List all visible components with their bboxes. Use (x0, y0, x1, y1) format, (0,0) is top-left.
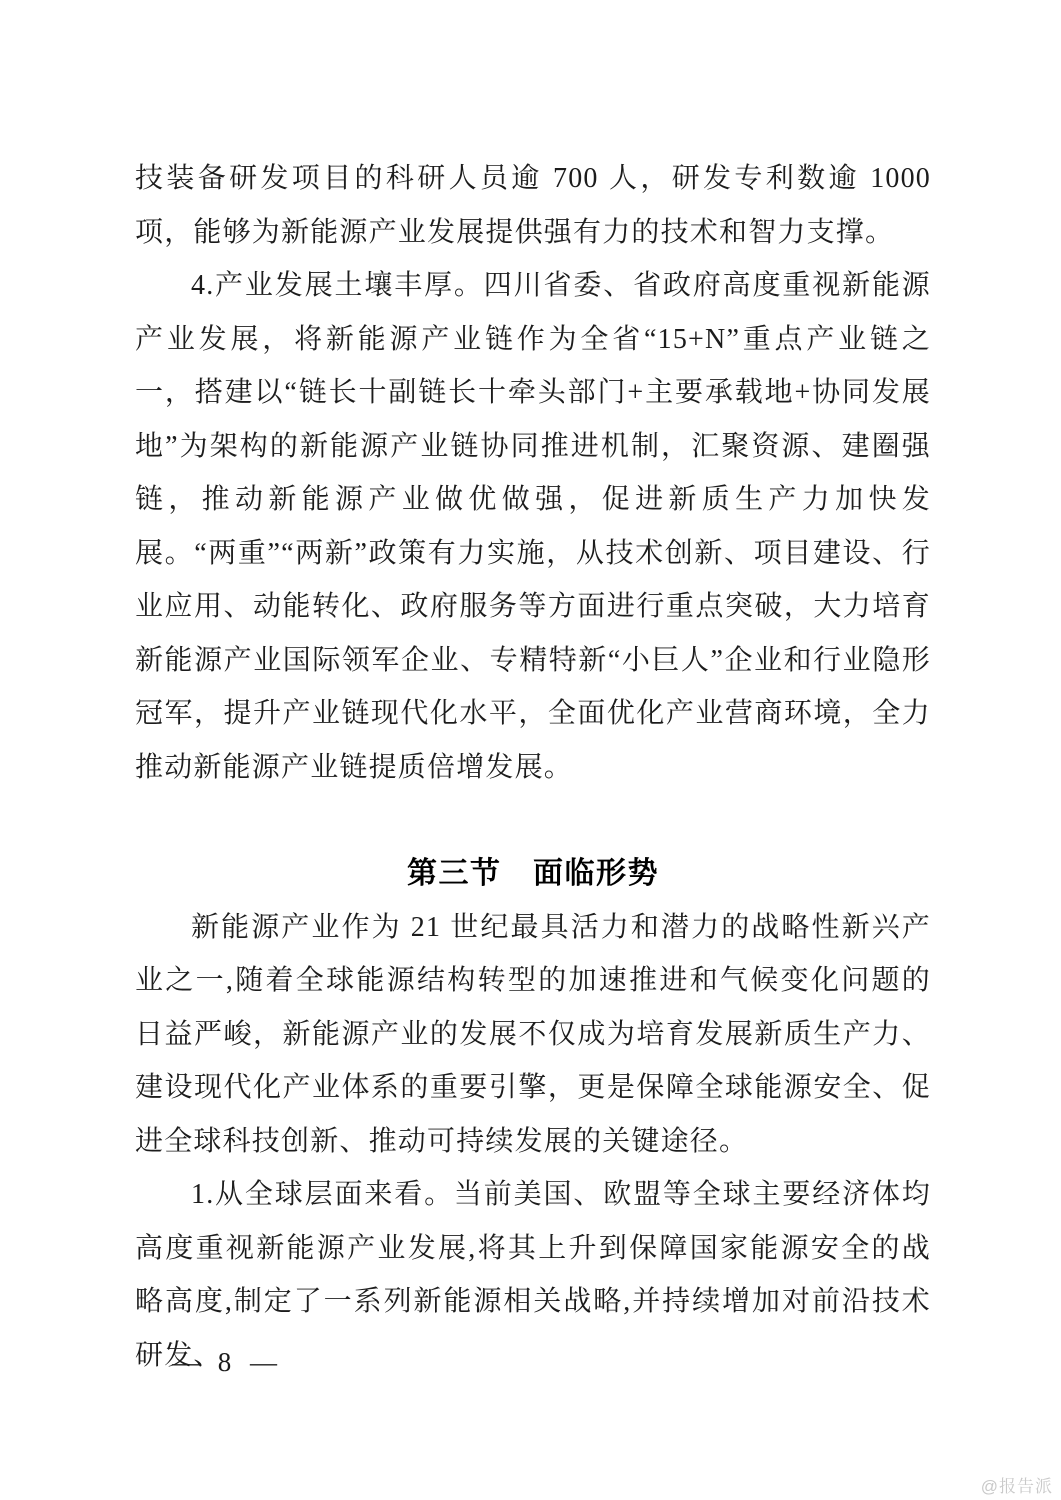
paragraph-continuation: 技装备研发项目的科研人员逾 700 人，研发专利数逾 1000 项，能够为新能源… (135, 152, 931, 259)
paragraph-new-energy-century: 新能源产业作为 21 世纪最具活力和潜力的战略性新兴产业之一,随着全球能源结构转… (135, 901, 931, 1169)
document-content: 技装备研发项目的科研人员逾 700 人，研发专利数逾 1000 项，能够为新能源… (135, 152, 931, 1382)
watermark: @报告派 (981, 1472, 1053, 1497)
document-page: 技装备研发项目的科研人员逾 700 人，研发专利数逾 1000 项，能够为新能源… (0, 0, 1061, 1500)
paragraph-industry-soil: 4.产业发展土壤丰厚。四川省委、省政府高度重视新能源产业发展，将新能源产业链作为… (135, 259, 931, 794)
section-heading: 第三节 面临形势 (135, 847, 931, 901)
page-number: — 8 — (172, 1347, 283, 1378)
